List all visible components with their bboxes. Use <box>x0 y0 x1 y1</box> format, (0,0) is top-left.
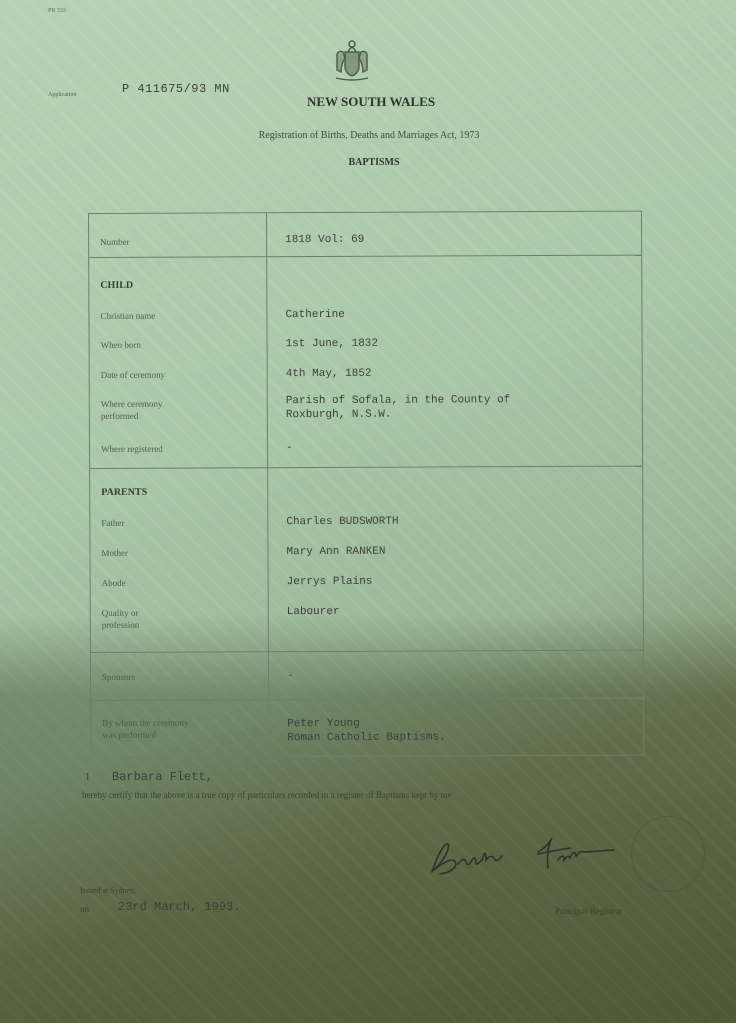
child-date-ceremony-label: Date of ceremony <box>101 369 166 381</box>
child-when-born-value: 1st June, 1832 <box>286 337 378 351</box>
father-value: Charles BUDSWORTH <box>286 515 398 529</box>
profession-label: Quality or profession <box>102 607 140 631</box>
child-heading: CHILD <box>100 280 133 292</box>
record-table: Number 1818 Vol: 69 CHILD Christian name… <box>88 211 644 758</box>
child-where-registered-label: Where registered <box>101 443 163 455</box>
sponsors-label: Sponsors <box>102 671 135 683</box>
abode-value: Jerrys Plains <box>287 575 373 589</box>
profession-value: Labourer <box>287 605 340 619</box>
sponsors-value: - <box>287 669 294 683</box>
state-title: NEW SOUTH WALES <box>0 94 736 110</box>
registrar-title: Principal Registrar <box>555 906 623 916</box>
issued-at-label: Issued at Sydney, <box>80 886 136 895</box>
issued-on-label: on <box>80 904 89 914</box>
document-type: BAPTISMS <box>0 157 736 168</box>
act-title: Registration of Births, Deaths and Marri… <box>0 130 736 141</box>
number-label: Number <box>100 236 130 248</box>
performed-by-value: Peter Young Roman Catholic Baptisms. <box>287 716 446 745</box>
certify-i-label: I <box>86 772 89 783</box>
parents-heading: PARENTS <box>101 487 147 499</box>
row-performed-by: By whom the ceremony was performed Peter… <box>91 699 643 757</box>
child-date-ceremony-value: 4th May, 1852 <box>286 367 372 381</box>
mother-label: Mother <box>101 547 128 559</box>
child-where-performed-label: Where ceremony performed <box>101 398 163 422</box>
embossed-seal-icon <box>631 816 705 892</box>
child-christian-name-label: Christian name <box>100 310 155 322</box>
registrar-name: Barbara Flett, <box>112 770 213 784</box>
father-label: Father <box>101 517 124 529</box>
number-value: 1818 Vol: 69 <box>285 233 364 247</box>
issued-date: 23rd March, 1993. <box>118 900 240 914</box>
section-child: CHILD Christian name Catherine When born… <box>89 256 642 469</box>
performed-by-label: By whom the ceremony was performed <box>102 717 188 741</box>
child-where-registered-value: - <box>286 441 293 455</box>
row-sponsors: Sponsors - <box>91 651 643 701</box>
row-number: Number 1818 Vol: 69 <box>89 212 641 258</box>
coat-of-arms-icon <box>333 38 371 82</box>
child-when-born-label: When born <box>101 339 141 351</box>
abode-label: Abode <box>102 577 126 589</box>
signature-image <box>418 834 628 880</box>
form-code: PR 533 <box>48 8 66 14</box>
section-parents: PARENTS Father Charles BUDSWORTH Mother … <box>90 467 643 653</box>
child-where-performed-value: Parish of Sofala, in the County of Roxbu… <box>286 393 511 422</box>
certification-statement: hereby certify that the above is a true … <box>82 790 452 800</box>
child-christian-name-value: Catherine <box>285 308 344 322</box>
margin-mark: › <box>54 937 58 952</box>
mother-value: Mary Ann RANKEN <box>286 545 385 559</box>
